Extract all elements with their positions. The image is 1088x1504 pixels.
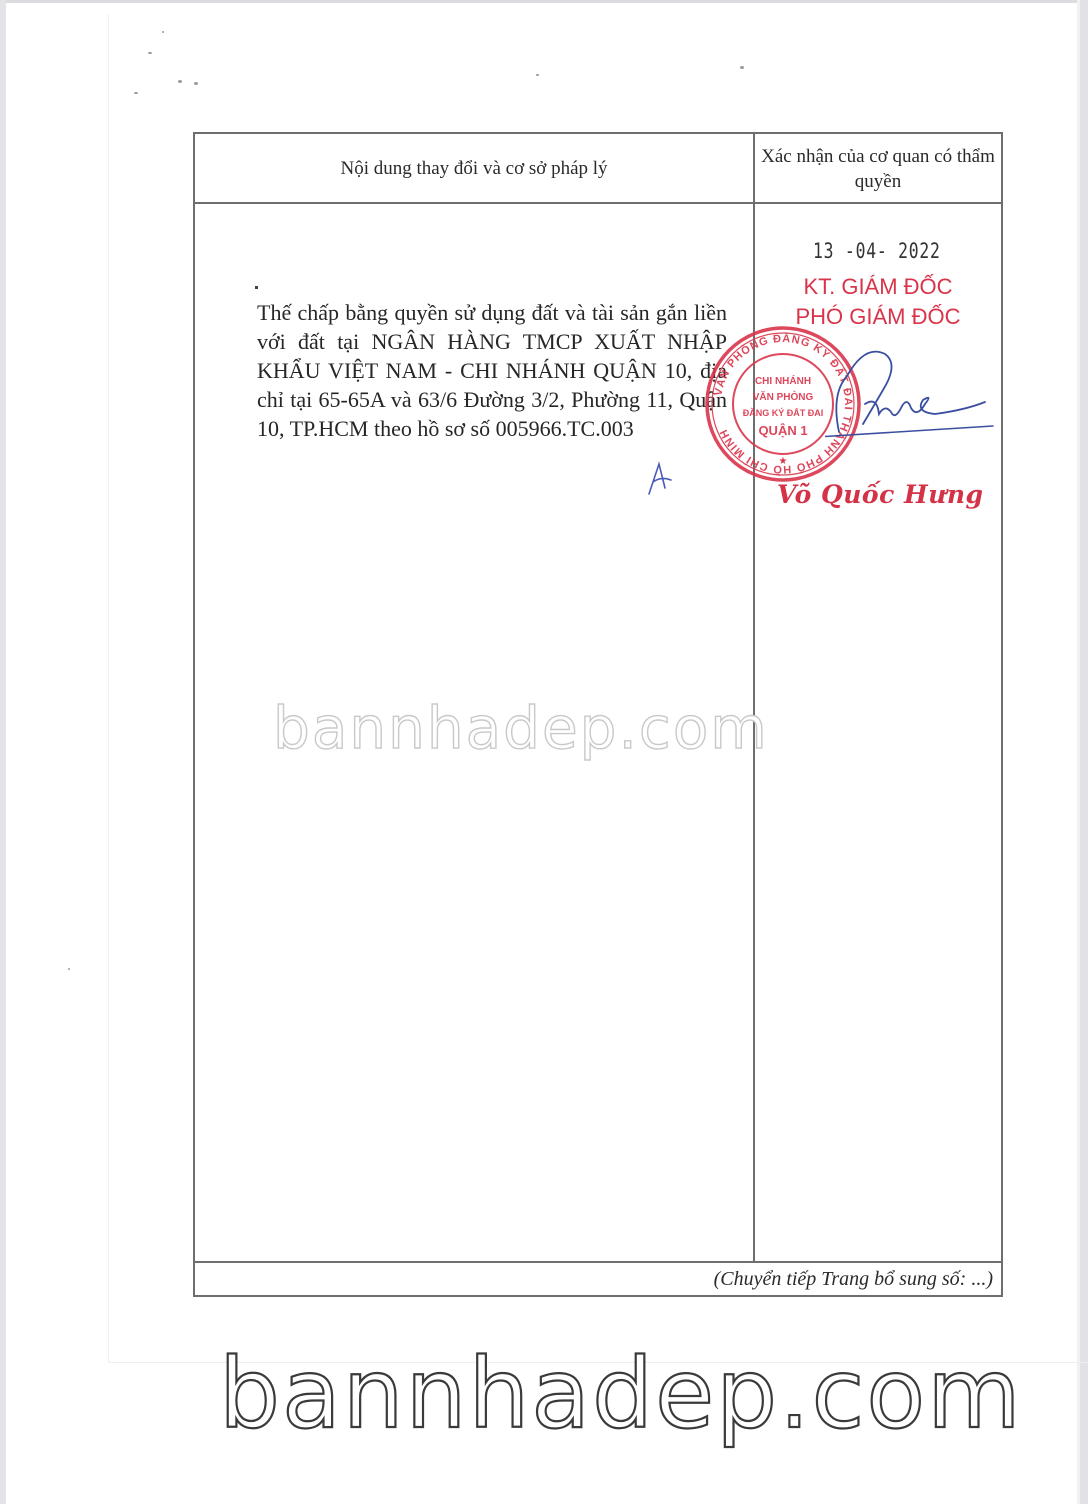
watermark-bottom: bannhadep.com <box>219 1338 1023 1450</box>
scan-speck <box>536 74 539 76</box>
handwritten-initial-mark <box>645 458 675 498</box>
scan-speck <box>194 82 198 85</box>
column-header-content: Nội dung thay đổi và cơ sở pháp lý <box>195 134 753 204</box>
pen-dot <box>255 286 258 289</box>
watermark-middle: bannhadep.com <box>273 694 769 762</box>
scan-speck <box>740 66 744 69</box>
stamp-inner-line3: ĐĂNG KÝ ĐẤT ĐAI <box>743 407 824 418</box>
footer-divider <box>195 1261 1001 1263</box>
handwritten-signature <box>825 334 995 454</box>
scan-edge-top <box>0 0 1088 3</box>
continuation-note: (Chuyển tiếp Trang bổ sung số: ...) <box>195 1264 993 1295</box>
official-title-line1: KT. GIÁM ĐỐC <box>755 274 1001 300</box>
amendment-content: Thế chấp bằng quyền sử dụng đất và tài s… <box>257 298 727 443</box>
scan-speck <box>134 92 138 94</box>
signer-name: Võ Quốc Hưng <box>777 480 984 509</box>
scan-speck <box>162 31 164 33</box>
scan-speck <box>68 968 70 970</box>
date-stamp: 13 -04- 2022 <box>813 239 941 263</box>
stamp-star-icon: ★ <box>779 456 788 467</box>
scan-speck <box>148 52 152 54</box>
stamp-inner-line1: CHI NHÁNH <box>755 374 811 387</box>
scan-speck <box>178 80 182 83</box>
scan-edge-left <box>0 0 6 1504</box>
stamp-inner-line2: VĂN PHÒNG <box>753 390 814 403</box>
stamp-inner-line4: QUẬN 1 <box>758 423 807 438</box>
column-header-confirmation: Xác nhận của cơ quan có thẩm quyền <box>755 134 1001 204</box>
